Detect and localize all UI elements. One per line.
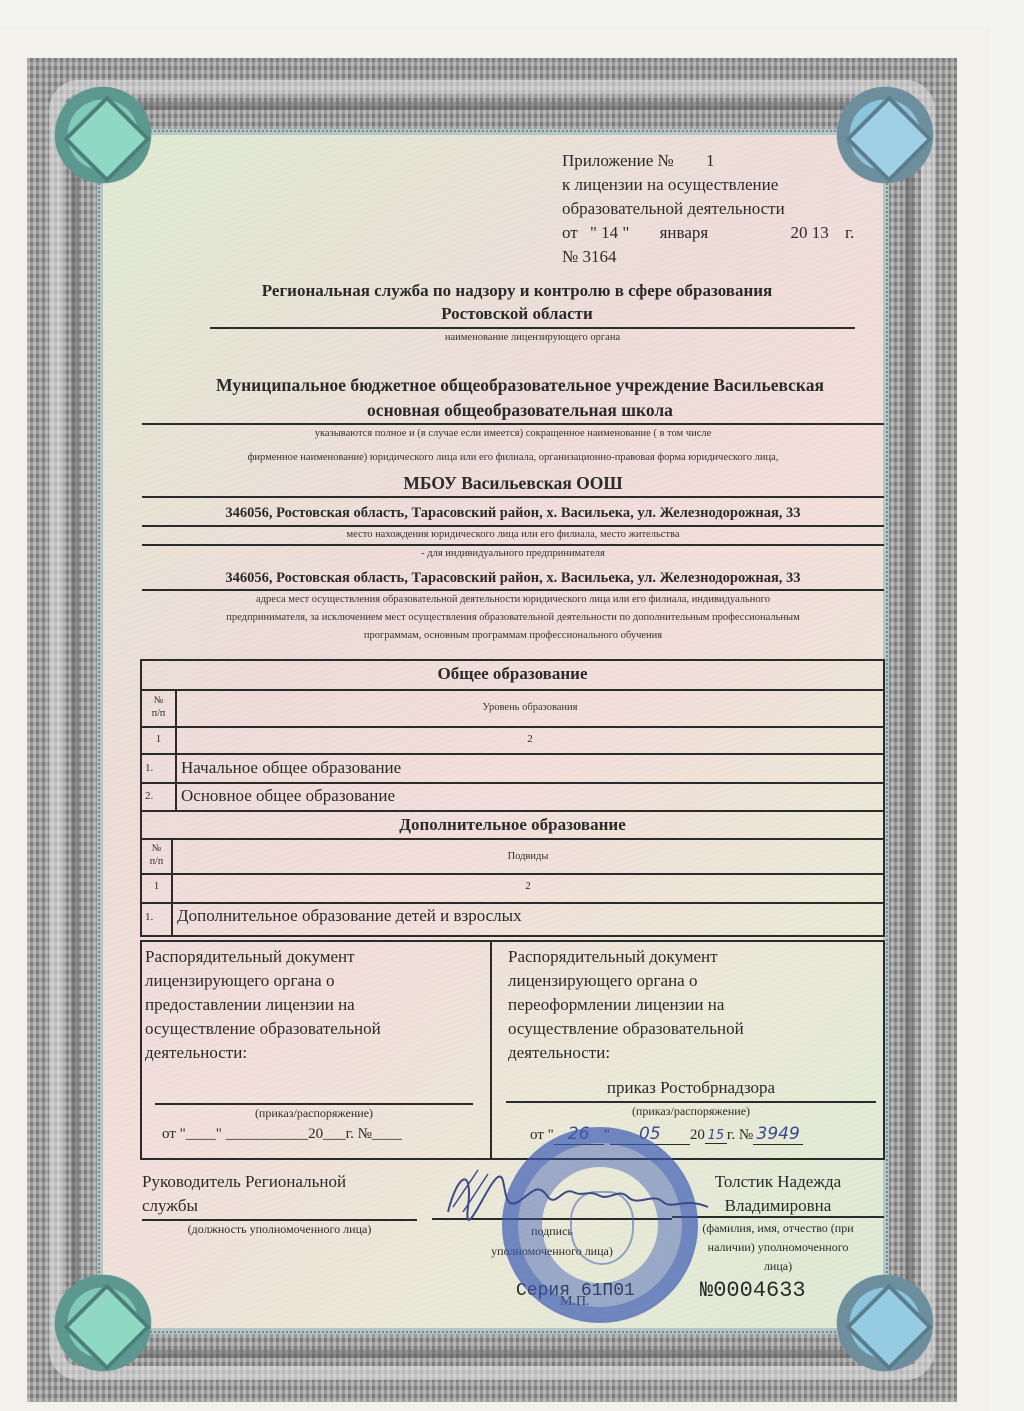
appendix-number: 1 (706, 151, 715, 170)
license-appendix: Приложение № 1 к лицензии на осуществлен… (0, 0, 1024, 1411)
license-number: № 3164 (562, 246, 616, 268)
general-education-title: Общее образование (140, 664, 885, 684)
reissue-order-type: приказ Ростобрнадзора (506, 1078, 876, 1098)
official-stamp-icon (502, 1127, 698, 1323)
additional-education-title: Дополнительное образование (140, 815, 885, 835)
appendix-header: Приложение № 1 (562, 150, 714, 172)
signatory-position: Руководитель Региональной службы (142, 1170, 346, 1218)
appendix-date: от " 14 " января 20 13 г. (562, 222, 854, 244)
form-number: №0004633 (700, 1278, 806, 1303)
reissue-order-number: 3949 (753, 1124, 803, 1145)
grant-order-date: от "____" ___________20___г. №____ (162, 1126, 402, 1143)
organization-full-name: Муниципальное бюджетное общеобразователь… (140, 375, 900, 396)
signature-icon (438, 1162, 738, 1222)
organization-short-name: МБОУ Васильевская ООШ (140, 473, 886, 494)
legal-address: 346056, Ростовская область, Тарасовский … (140, 505, 886, 522)
activity-address: 346056, Ростовская область, Тарасовский … (140, 570, 886, 587)
subtype-column-header: Подвиды (173, 851, 883, 862)
licensing-body-name: Региональная служба по надзору и контрол… (150, 281, 884, 301)
level-column-header: Уровень образования (177, 702, 883, 713)
